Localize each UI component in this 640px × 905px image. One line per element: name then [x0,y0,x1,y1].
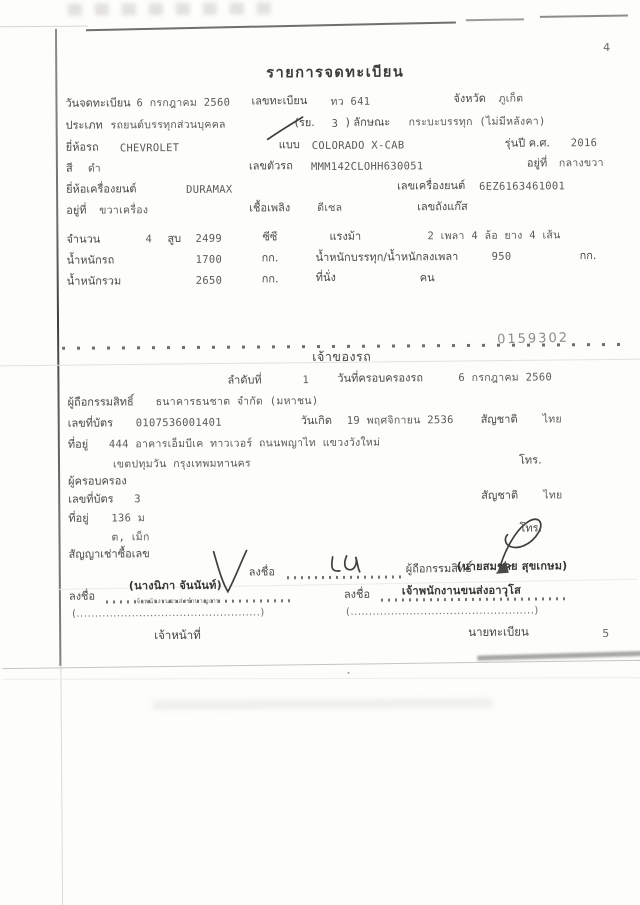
cc-unit-label: ซีซี [262,231,277,242]
holder-card-label: เลขที่บัตร [68,417,113,428]
engine-brand-label: ยี่ห้อเครื่องยนต์ [66,183,136,194]
page-number-bottom: 5 [602,628,609,639]
page-number-top: 4 [603,42,610,53]
ry-code-suffix-and-body-label: ) ลักษณะ [346,117,391,128]
possessor-phone-label: โทร. [519,522,542,533]
owner-order-value: 1 [302,375,309,386]
engine-position-label: อยู่ที่ [66,205,86,216]
holder-label: ผู้ถือกรรมสิทธิ์ [68,396,134,407]
possessor-card-value: 3 [134,494,141,505]
brand-label: ยี่ห้อรถ [66,142,99,153]
load-weight-label: น้ำหนักบรรทุก/น้ำหนักลงเพลา [316,251,459,263]
scan-edge-top-seg2 [540,14,628,17]
document-title: รายการจดทะเบียน [266,65,404,80]
holder-address-line2: เขตปทุมวัน กรุงเทพมหานคร [113,458,251,469]
scan-dot-artifact [347,672,349,674]
owner-section-header: เจ้าของรถ [312,351,371,364]
engine-position-value: ขวาเครื่อง [99,205,148,216]
province-value: ภูเก็ต [498,94,523,105]
officer-sign-label: ลงชื่อ [69,591,95,602]
scan-edge-left-line [55,29,61,666]
cc-value: 2499 [195,234,222,245]
model-value: COLORADO X-CAB [312,140,405,151]
registrar-title-stamp: เจ้าพนักงานขนส่งอาวุโส [402,585,521,597]
engine-number-value: 6EZ6163461001 [479,181,565,192]
load-weight-value: 950 [492,252,512,263]
engine-number-label: เลขเครื่องยนต์ [397,180,465,191]
seats-unit-label: คน [420,272,435,283]
model-label: แบบ [279,139,300,150]
scan-edge-left-faint [0,26,88,28]
birth-date-label: วันเกิด [301,415,332,426]
type-label: ประเภท [66,120,103,131]
scan-edge-left-line-lower [60,666,63,905]
holder-phone-label: โทร. [519,454,542,465]
gross-weight-label: น้ำหนักรวม [67,275,122,286]
plate-value: ทว 641 [330,97,370,108]
color-label: สี [66,163,73,174]
cylinder-unit-label: สูบ [167,233,181,244]
officer-title-stamp: เจ้าพนักงานขนส่งชำนาญงาน [134,598,221,605]
vehicle-weight-value: 1700 [196,255,223,266]
gas-tank-label: เลขถังแก๊ส [417,201,468,212]
registrar-paren-line: (.......................................… [346,606,539,617]
year-value: 2016 [571,138,598,149]
scan-smudge-top [68,2,278,15]
scan-smudge-bottom [153,699,493,709]
type-value: รถยนต์บรรทุกส่วนบุคคล [111,120,226,131]
possession-date-label: วันที่ครอบครองรถ [337,372,423,384]
scan-edge-top [86,21,456,31]
vin-value: MMM142CLOHH630051 [311,161,424,172]
brand-value: CHEVROLET [120,143,180,154]
registrar-caption: นายทะเบียน [468,627,529,639]
holder-sign-dotted-line [287,575,405,579]
reg-date-value: 6 กรกฎาคม 2560 [136,98,230,109]
horsepower-label: แรงม้า [329,231,361,242]
possessor-card-label: เลขที่บัตร [68,493,113,504]
form-serial-number: 0159302 [497,332,569,347]
scan-faint-line-lower [3,677,640,680]
cylinder-count-label: จำนวน [66,234,100,245]
kg-unit-1: กก. [262,252,279,263]
registrar-sign-label: ลงชื่อ [344,589,370,600]
officer-caption: เจ้าหน้าที่ [154,630,201,642]
plate-label: เลขทะเบียน [251,95,307,106]
possessor-label: ผู้ครอบครอง [68,475,127,486]
officer-paren-line: (.......................................… [72,608,265,619]
possessor-nationality-value: ไทย [543,490,562,501]
ry-code-number: 3 [332,119,339,130]
document-content: 4 รายการจดทะเบียน วันจดทะเบียน 6 กรกฎาคม… [0,0,640,905]
holder-name-stamp: (นายสมชาย สุขเกษม) [457,560,568,572]
vin-label: เลขตัวรถ [249,160,293,171]
year-label: รุ่นปี ค.ศ. [505,137,550,148]
possessor-nationality-label: สัญชาติ [481,490,518,501]
scanned-registration-document: 4 รายการจดทะเบียน วันจดทะเบียน 6 กรกฎาคม… [0,0,640,905]
kg-unit-3: กก. [262,273,279,284]
fuel-label: เชื้อเพลิง [249,202,290,213]
holder-sign-label: ลงชื่อ [249,566,275,577]
color-value: ดำ [88,164,101,175]
possessor-address-label: ที่อยู่ [68,513,88,524]
hire-purchase-label: สัญญาเช่าซื้อเลข [69,548,150,560]
vin-position-value: กลางขวา [559,158,604,169]
holder-nationality-label: สัญชาติ [481,414,518,425]
registrar-sign-dotted-line [381,597,565,601]
engine-brand-value: DURAMAX [186,185,232,196]
kg-unit-2: กก. [580,250,597,261]
vin-position-label: อยู่ที่ [527,157,547,168]
officer-name-stamp: (นางนิภา จันนันท์) [129,580,222,592]
scribble-signature-center [332,556,360,572]
ry-code-prefix: (รย. [295,117,315,128]
holder-value: ธนาคารธนชาต จำกัด (มหาชน) [156,396,319,408]
holder-address-line1: 444 อาคารเอ็มบีเค ทาวเวอร์ ถนนพญาไท แขวง… [109,438,381,450]
cylinder-count-value: 4 [145,234,152,245]
body-style-value: กระบะบรรทุก (ไม่มีหลังคา) [409,116,546,127]
holder-card-value: 0107536001401 [136,418,222,429]
holder-address-label: ที่อยู่ [68,439,88,450]
reg-date-label: วันจดทะเบียน [65,97,130,108]
fuel-value: ดีเซล [317,203,342,214]
possession-date-value: 6 กรกฎาคม 2560 [458,372,552,383]
seats-label: ที่นั่ง [316,272,336,283]
owner-order-label: ลำดับที่ [227,374,261,385]
possessor-address-line2: ต, เม็ก [111,532,149,543]
possessor-address-line1: 136 ม [111,513,145,524]
scan-edge-top-seg1 [466,18,524,21]
province-label: จังหวัด [453,93,485,104]
scan-edge-bottom [2,660,640,669]
birth-date-value: 19 พฤศจิกายน 2536 [347,415,454,426]
holder-nationality-value: ไทย [543,414,562,425]
gross-weight-value: 2650 [196,276,223,287]
axle-wheel-tyre-value: 2 เพลา 4 ล้อ ยาง 4 เส้น [427,230,560,241]
vehicle-weight-label: น้ำหนักรถ [67,254,115,265]
